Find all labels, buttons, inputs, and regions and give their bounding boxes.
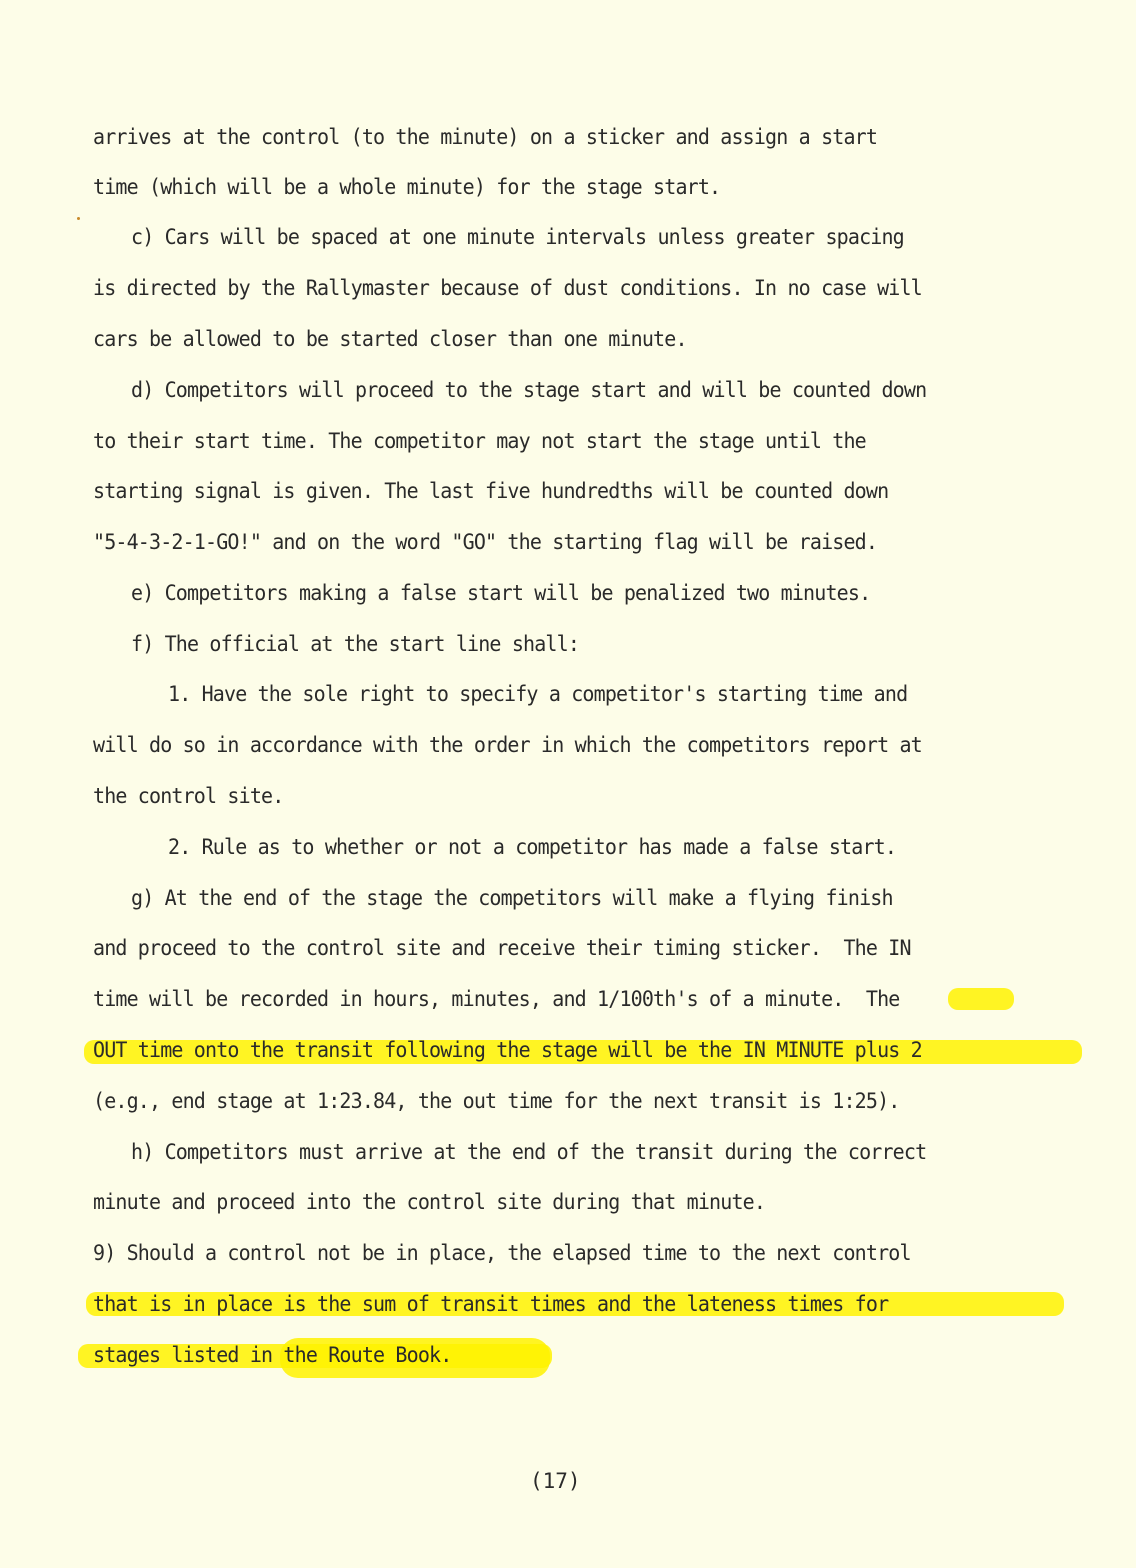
highlighted-text-line: that is in place is the sum of transit t… (93, 1291, 888, 1319)
page-number: (17) (530, 1467, 581, 1495)
paragraph-g: g) At the end of the stage the competito… (131, 885, 893, 913)
text-line: starting signal is given. The last five … (93, 478, 888, 506)
paragraph-h: h) Competitors must arrive at the end of… (131, 1139, 926, 1167)
text-line: minute and proceed into the control site… (93, 1189, 765, 1217)
text-line: time will be recorded in hours, minutes,… (93, 986, 899, 1014)
text-line: (e.g., end stage at 1:23.84, the out tim… (93, 1088, 899, 1116)
sub-item-1: 1. Have the sole right to specify a comp… (168, 681, 907, 709)
text-line: cars be allowed to be started closer tha… (93, 326, 687, 354)
text-line: and proceed to the control site and rece… (93, 935, 911, 963)
paragraph-e: e) Competitors making a false start will… (131, 580, 870, 608)
text-line: to their start time. The competitor may … (93, 428, 866, 456)
text-line: the control site. (93, 783, 283, 811)
paragraph-9: 9) Should a control not be in place, the… (93, 1240, 911, 1268)
highlight-the (948, 988, 1014, 1010)
paragraph-f: f) The official at the start line shall: (131, 631, 579, 659)
highlighted-text-line: stages listed in the Route Book. (93, 1342, 451, 1370)
text-line: arrives at the control (to the minute) o… (93, 124, 877, 152)
text-line: time (which will be a whole minute) for … (93, 174, 720, 202)
paper-speck (77, 217, 80, 220)
highlighted-text-line: OUT time onto the transit following the … (93, 1037, 922, 1065)
text-line: "5-4-3-2-1-GO!" and on the word "GO" the… (93, 529, 877, 557)
text-line: will do so in accordance with the order … (93, 732, 922, 760)
sub-item-2: 2. Rule as to whether or not a competito… (168, 834, 896, 862)
paragraph-d: d) Competitors will proceed to the stage… (131, 377, 926, 405)
text-line: is directed by the Rallymaster because o… (93, 275, 922, 303)
document-page: arrives at the control (to the minute) o… (0, 0, 1136, 1568)
paragraph-c: c) Cars will be spaced at one minute int… (131, 224, 904, 252)
